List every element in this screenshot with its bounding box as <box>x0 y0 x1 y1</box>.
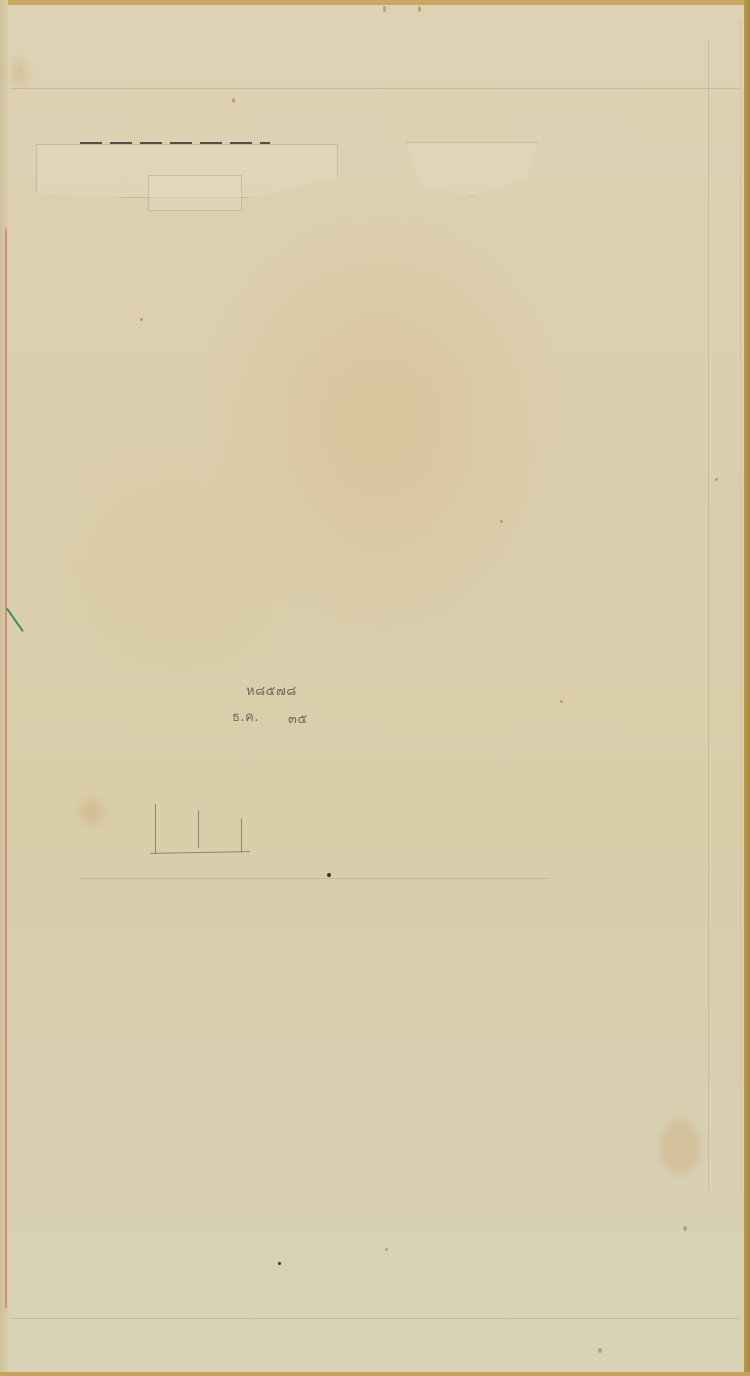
stain <box>80 800 104 824</box>
pencil-mark <box>150 851 250 854</box>
spot <box>683 1226 687 1231</box>
fold-line <box>10 88 740 89</box>
fold-line <box>80 878 550 879</box>
spot <box>418 6 421 12</box>
spot <box>715 478 718 481</box>
top-edge <box>0 0 750 5</box>
date-month: ธ.ค. <box>232 706 259 727</box>
stain <box>660 1120 700 1175</box>
spot <box>500 520 503 523</box>
spot <box>140 318 143 321</box>
pencil-mark <box>241 818 242 852</box>
right-edge <box>744 0 750 1376</box>
tape-line <box>80 142 270 144</box>
spot <box>385 1248 388 1251</box>
frame-line <box>740 20 741 1190</box>
tape-residue <box>406 142 538 196</box>
spot <box>598 1348 602 1353</box>
fold-line <box>10 1318 740 1319</box>
bottom-edge <box>0 1372 750 1376</box>
date-year: ๓๕ <box>288 708 308 729</box>
frame-line <box>708 40 709 1190</box>
pencil-mark <box>198 810 199 848</box>
spot <box>278 1262 281 1265</box>
pencil-mark <box>155 804 156 854</box>
spot <box>560 700 563 703</box>
spot <box>232 98 235 103</box>
red-margin-rule <box>5 228 7 1308</box>
stain <box>12 60 26 86</box>
spot <box>327 873 331 877</box>
catalog-number: ห๘๕๗๘ <box>246 680 297 701</box>
spot <box>383 6 386 12</box>
tape-residue <box>148 175 242 211</box>
paper-page: ห๘๕๗๘ ธ.ค. ๓๕ <box>0 0 750 1376</box>
green-ink-mark <box>6 608 24 632</box>
